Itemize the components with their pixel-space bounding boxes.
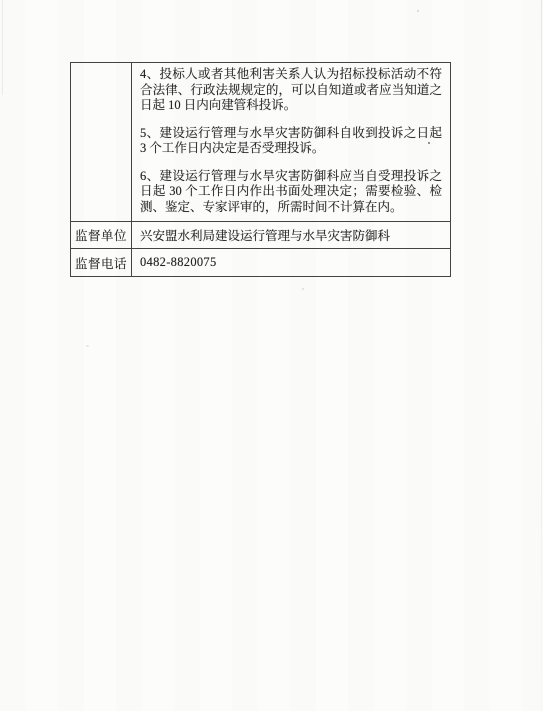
supervision-phone-label: 监督电话 [75, 254, 127, 272]
scan-artifact-dot [417, 10, 419, 12]
scan-artifact-dot [302, 288, 304, 290]
complaint-clauses-cell: 4、投标人或者其他利害关系人认为招标投标活动不符合法律、行政法规规定的，可以自知… [132, 63, 450, 221]
supervision-unit-value: 兴安盟水利局建设运行管理与水旱灾害防御科 [140, 226, 390, 244]
complaint-clause-5: 5、建设运行管理与水旱灾害防御科自收到投诉之日起 3 个工作日内决定是否受理投诉… [140, 126, 442, 157]
scan-edge-shadow-left [2, 0, 3, 95]
empty-label-cell [71, 63, 132, 221]
scan-artifact-dot [86, 345, 89, 347]
supervision-unit-label: 监督单位 [75, 226, 127, 244]
supervision-phone-label-cell: 监督电话 [71, 248, 132, 276]
supervision-phone-value: 0482-8820075 [140, 255, 217, 270]
complaint-clause-4: 4、投标人或者其他利害关系人认为招标投标活动不符合法律、行政法规规定的，可以自知… [140, 67, 442, 114]
complaint-clause-6: 6、建设运行管理与水旱灾害防御科应当自受理投诉之日起 30 个工作日内作出书面处… [140, 169, 442, 216]
scanned-document-page: 4、投标人或者其他利害关系人认为招标投标活动不符合法律、行政法规规定的，可以自知… [0, 0, 543, 711]
supervision-unit-label-cell: 监督单位 [71, 221, 132, 248]
supervision-phone-value-cell: 0482-8820075 [132, 248, 450, 276]
complaint-procedure-table: 4、投标人或者其他利害关系人认为招标投标活动不符合法律、行政法规规定的，可以自知… [70, 62, 451, 277]
supervision-unit-value-cell: 兴安盟水利局建设运行管理与水旱灾害防御科 [132, 221, 450, 248]
scan-edge-shadow-right [541, 0, 542, 711]
